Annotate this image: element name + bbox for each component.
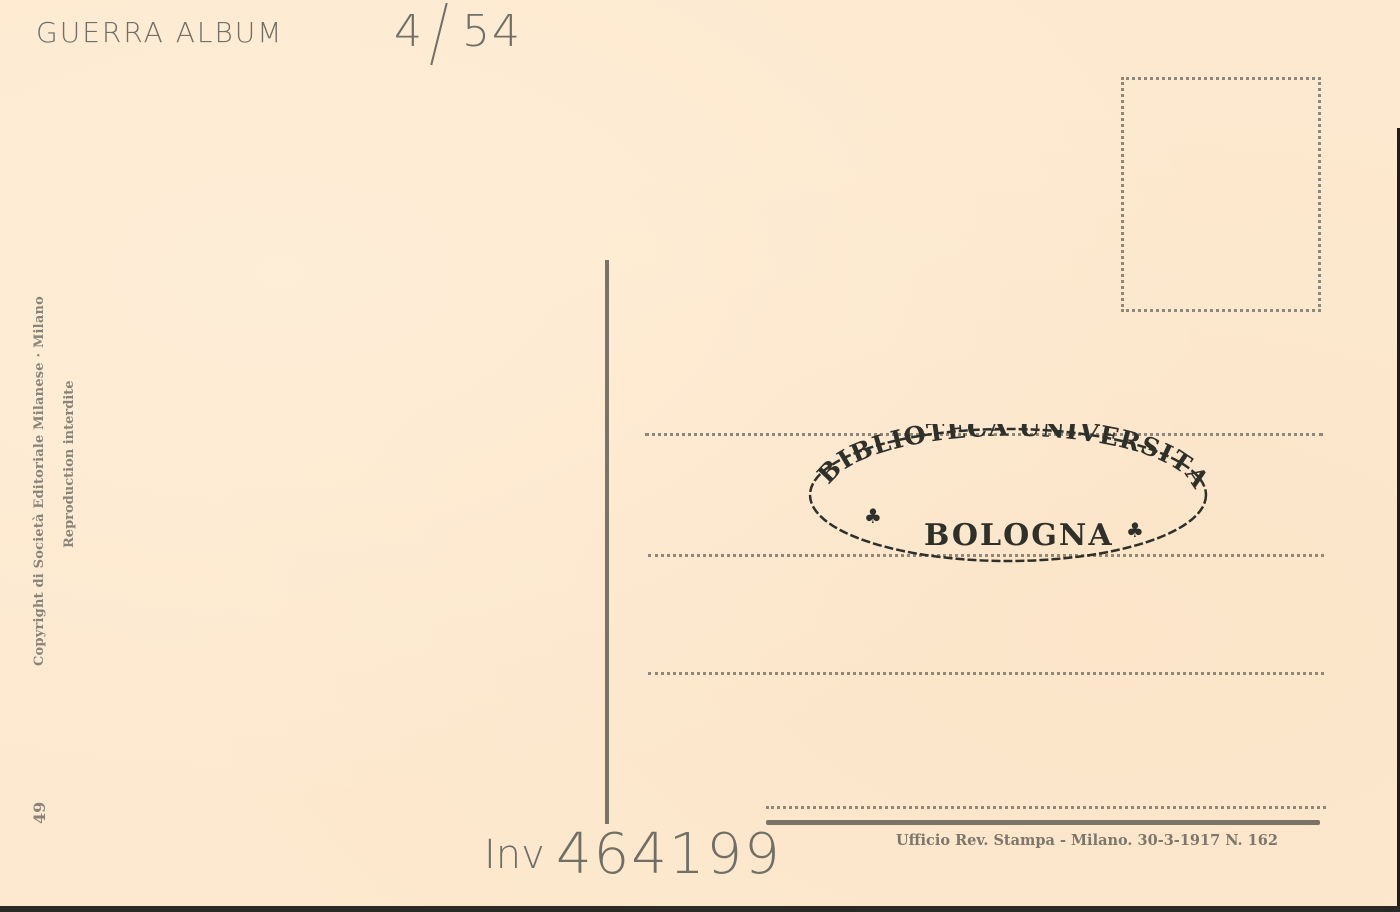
message-address-divider <box>605 260 609 824</box>
inventory-number: 464199 <box>556 822 782 887</box>
handwritten-album-number-right: 54 <box>462 6 522 57</box>
svg-text:BIBLIOTECA UNIVERSITARIA: BIBLIOTECA UNIVERSITARIA <box>806 424 1210 494</box>
reproduction-notice: Reproduction interdite <box>62 380 77 548</box>
address-line-3 <box>648 672 1324 675</box>
card-number: 49 <box>30 802 49 824</box>
stamp-bottom-text: BOLOGNA <box>924 518 1114 553</box>
postcard-back: GUERRA ALBUM 4 54 Copyright di Società E… <box>0 0 1400 906</box>
censorship-approval-text: Ufficio Rev. Stampa - Milano. 30-3-1917 … <box>896 832 1278 849</box>
postage-stamp-placeholder <box>1121 77 1321 312</box>
stamp-top-text: BIBLIOTECA UNIVERSITARIA <box>806 424 1210 494</box>
address-underline-rule <box>766 820 1320 825</box>
library-stamp: BIBLIOTECA UNIVERSITARIA ♣ BOLOGNA ♣ <box>806 424 1210 566</box>
inventory-label: Inv <box>484 832 545 878</box>
trefoil-icon: ♣ <box>1126 518 1144 542</box>
trefoil-icon: ♣ <box>864 504 882 528</box>
handwritten-album-title: GUERRA ALBUM <box>36 16 283 49</box>
handwritten-slash <box>430 3 447 66</box>
publisher-copyright: Copyright di Società Editoriale Milanese… <box>32 296 47 666</box>
address-line-4 <box>766 806 1326 809</box>
handwritten-album-number-left: 4 <box>394 6 424 57</box>
